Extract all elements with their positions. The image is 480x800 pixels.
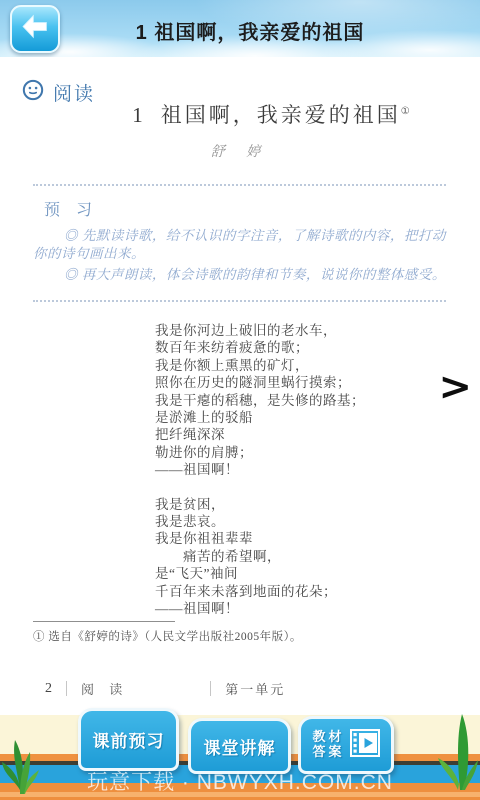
lesson-title-text: 祖国啊，我亲爱的祖国 (161, 103, 401, 127)
poem-line: 我是干瘪的稻穗，是失修的路基； (155, 392, 365, 409)
poem-line: 我是悲哀。 (155, 513, 365, 530)
footer-section: 阅 读 (81, 679, 128, 698)
textbook-answers-label-line2: 答案 (312, 745, 344, 760)
poem-line: 勒进你的肩膊； (155, 444, 365, 461)
lesson-number: 1 (132, 103, 143, 127)
video-icon (350, 729, 380, 761)
poem-line: 千百年来未落到地面的花朵； (155, 583, 365, 600)
page-footer: 2 阅 读 第一单元 (45, 679, 285, 698)
footnote-separator (33, 621, 175, 622)
footnote-text: ① 选自《舒婷的诗》（人民文学出版社2005年版）。 (33, 628, 302, 644)
app-header: 1 祖国啊，我亲爱的祖国 (0, 0, 480, 57)
textbook-answers-label-line1: 教材 (312, 730, 344, 745)
lesson-title: 1祖国啊，我亲爱的祖国① (0, 99, 480, 129)
preview-box: 预 习 ◎ 先默读诗歌，给不认识的字注音，了解诗歌的内容，把打动你的诗句画出来。… (33, 184, 446, 302)
footer-unit: 第一单元 (225, 679, 285, 698)
poem-line: 我是贫困， (155, 496, 365, 513)
poem-line: 痛苦的希望啊， (155, 548, 365, 565)
poem-line: 照你在历史的隧洞里蜗行摸索； (155, 374, 365, 391)
preview-item: ◎ 先默读诗歌，给不认识的字注音，了解诗歌的内容，把打动你的诗句画出来。 (33, 227, 446, 263)
poem-line: 把纤绳深深 (155, 426, 365, 443)
footnote-marker: ① (401, 106, 410, 117)
poem-line: ——祖国啊！ (155, 600, 365, 617)
footer-divider (210, 681, 211, 696)
poem-line: ——祖国啊！ (155, 461, 365, 478)
pre-class-preview-button[interactable]: 课前预习 (78, 708, 179, 771)
app-root: 1 祖国啊，我亲爱的祖国 阅读 1祖国啊，我亲爱的祖国① 舒 婷 预 习 ◎ 先… (0, 0, 480, 800)
footer-divider (66, 681, 67, 696)
page-title: 1 祖国啊，我亲爱的祖国 (30, 16, 470, 45)
poem-line: 数百年来纺着疲惫的歌； (155, 339, 365, 356)
poem-line: 是“飞天”袖间 (155, 565, 365, 582)
poem-line: 我是你额上熏黑的矿灯， (155, 357, 365, 374)
next-page-arrow[interactable]: > (438, 368, 472, 406)
preview-item: ◎ 再大声朗读，体会诗歌的韵律和节奏，说说你的整体感受。 (33, 266, 446, 284)
poem-line: 我是你河边上破旧的老水车， (155, 322, 365, 339)
poem-line: 我是你祖祖辈辈 (155, 530, 365, 547)
poem-body: 我是你河边上破旧的老水车， 数百年来纺着疲惫的歌； 我是你额上熏黑的矿灯， 照你… (155, 322, 365, 618)
author-name: 舒 婷 (0, 141, 480, 161)
preview-label: 预 习 (44, 197, 446, 220)
page-number: 2 (45, 681, 52, 697)
textbook-page: 阅读 1祖国啊，我亲爱的祖国① 舒 婷 预 习 ◎ 先默读诗歌，给不认识的字注音… (0, 57, 480, 715)
poem-stanza: 我是你河边上破旧的老水车， 数百年来纺着疲惫的歌； 我是你额上熏黑的矿灯， 照你… (155, 322, 365, 479)
poem-line: 是淤滩上的驳船 (155, 409, 365, 426)
textbook-answers-label: 教材 答案 (312, 730, 344, 760)
class-lecture-label: 课堂讲解 (204, 734, 276, 759)
poem-stanza: 我是贫困， 我是悲哀。 我是你祖祖辈辈 痛苦的希望啊， 是“飞天”袖间 千百年来… (155, 496, 365, 618)
watermark-text: 玩意下载 · NBWYXH.COM.CN (0, 766, 480, 796)
pre-class-preview-label: 课前预习 (93, 727, 165, 752)
